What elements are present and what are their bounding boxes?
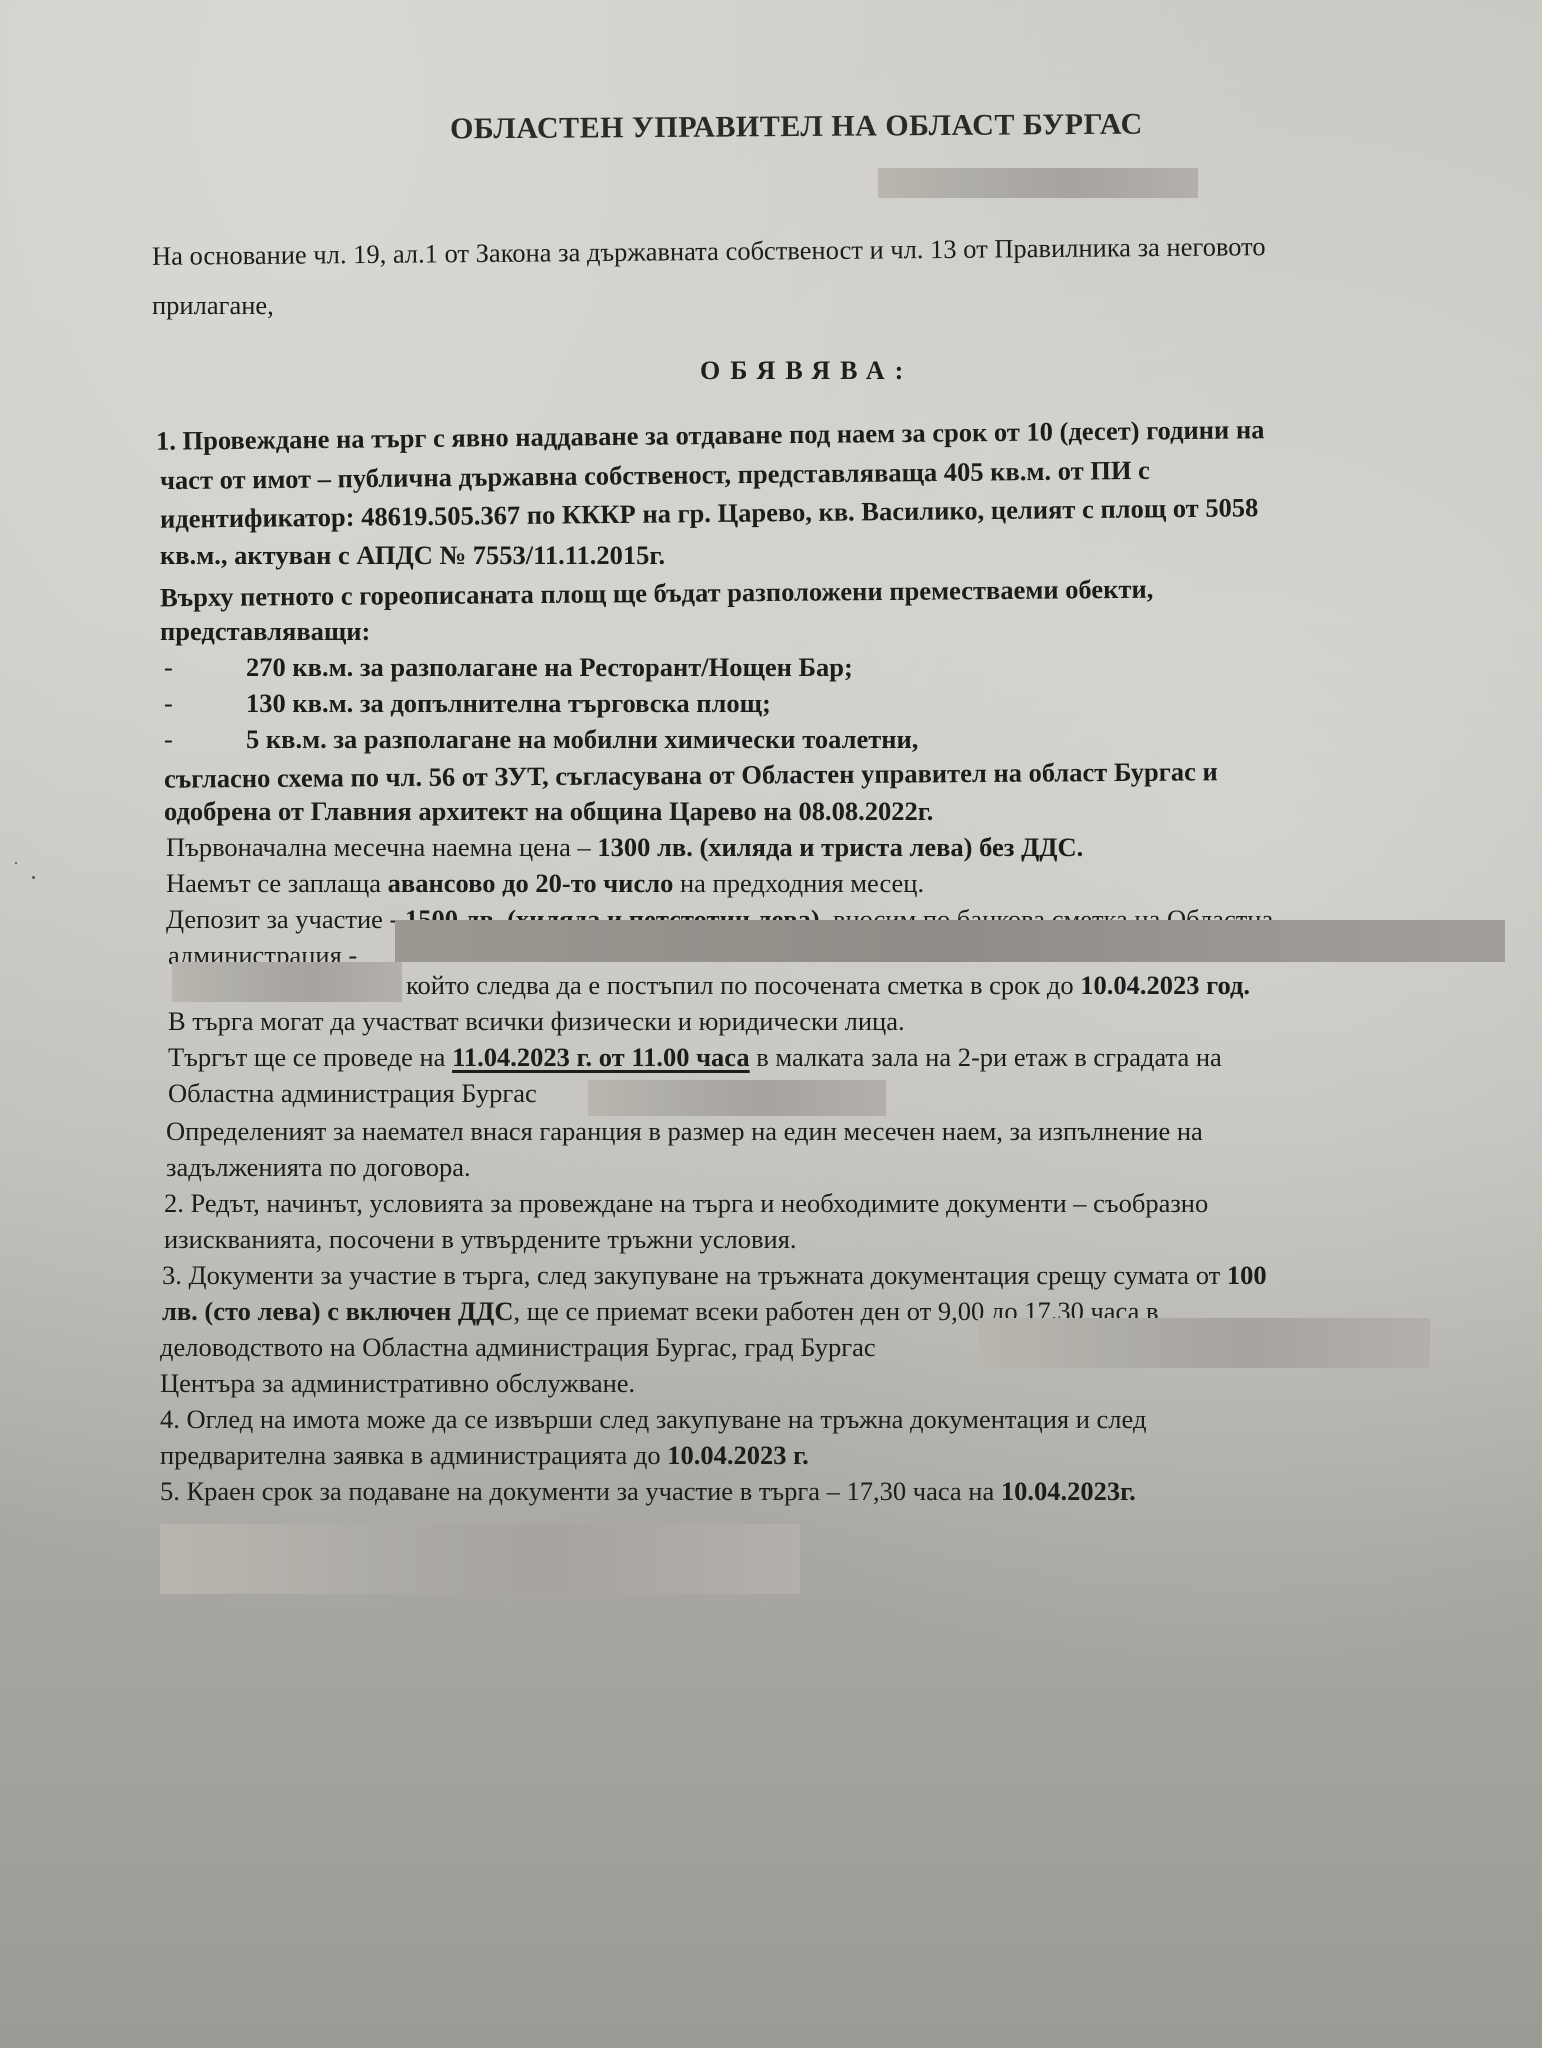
guarantee-line-2: задълженията по договора. bbox=[166, 1152, 471, 1183]
auction-label: Търгът ще се проведе на bbox=[168, 1042, 452, 1072]
auction-datetime: 11.04.2023 г. от 11.00 часа bbox=[452, 1042, 750, 1072]
guarantee-line-1: Определеният за наемател внася гаранция … bbox=[166, 1116, 1203, 1147]
item4-line-2: предварителна заявка в администрацията д… bbox=[160, 1440, 809, 1471]
item4-text: предварителна заявка в администрацията д… bbox=[160, 1440, 667, 1470]
scanned-document-page: ОБЛАСТЕН УПРАВИТЕЛ НА ОБЛАСТ БУРГАС На о… bbox=[0, 0, 1542, 2048]
announcement-heading: ОБЯВЯВА: bbox=[700, 356, 913, 386]
rent-label: Наемът се заплаща bbox=[166, 868, 388, 898]
item1-line-7: съгласно схема по чл. 56 от ЗУТ, съгласу… bbox=[164, 756, 1218, 794]
deposit-deadline-date: 10.04.2023 год. bbox=[1080, 970, 1250, 1000]
item3-fee-words: лв. (сто лева) с включен ДДС bbox=[162, 1296, 513, 1326]
item5-line-1: 5. Краен срок за подаване на документи з… bbox=[160, 1476, 1136, 1507]
price-value: 1300 лв. (хиляда и триста лева) без ДДС. bbox=[597, 832, 1083, 862]
item4-line-1: 4. Оглед на имота може да се извърши сле… bbox=[160, 1404, 1146, 1435]
item2-line-2: изискванията, посочени в утвърдените тръ… bbox=[164, 1224, 797, 1255]
redacted-bank-account bbox=[395, 920, 1505, 962]
bullet-text: 5 кв.м. за разполагане на мобилни химиче… bbox=[246, 724, 918, 755]
item3-line-1: 3. Документи за участие в търга, след за… bbox=[162, 1260, 1267, 1291]
initial-price-line: Първоначална месечна наемна цена – 1300 … bbox=[166, 832, 1083, 863]
item5-text: 5. Краен срок за подаване на документи з… bbox=[160, 1476, 1001, 1506]
item1-line-6: представляващи: bbox=[160, 616, 370, 647]
redacted-bank-details bbox=[172, 962, 402, 1002]
bullet-text: 270 кв.м. за разполагане на Ресторант/Но… bbox=[246, 652, 853, 683]
redacted-date-number bbox=[878, 168, 1198, 198]
bullet-dash: - bbox=[164, 652, 173, 683]
redacted-address bbox=[588, 1080, 886, 1116]
item1-line-2: част от имот – публична държавна собстве… bbox=[160, 455, 1150, 496]
auction-location: в малката зала на 2-ри етаж в сградата н… bbox=[750, 1042, 1222, 1072]
item1-line-4: кв.м., актуван с АПДС № 7553/11.11.2015г… bbox=[160, 540, 665, 571]
price-label: Първоначална месечна наемна цена – bbox=[166, 832, 597, 862]
item3-fee: 100 bbox=[1227, 1260, 1267, 1290]
item3-text: 3. Документи за участие в търга, след за… bbox=[162, 1260, 1227, 1290]
rent-payment-line: Наемът се заплаща авансово до 20-то числ… bbox=[166, 868, 924, 899]
redacted-signature bbox=[160, 1524, 800, 1594]
bullet-dash: - bbox=[164, 688, 173, 719]
bullet-dash: - bbox=[164, 724, 173, 755]
rent-suffix: на предходния месец. bbox=[673, 868, 924, 898]
document-title: ОБЛАСТЕН УПРАВИТЕЛ НА ОБЛАСТ БУРГАС bbox=[450, 108, 1143, 147]
deposit-line-3: който следва да е постъпил по посочената… bbox=[406, 970, 1250, 1001]
item2-line-1: 2. Редът, начинът, условията за провежда… bbox=[164, 1188, 1208, 1219]
deposit-deadline-text: който следва да е постъпил по посочената… bbox=[406, 970, 1080, 1000]
paper-speck bbox=[15, 862, 17, 864]
item1-line-1: 1. Провеждане на търг с явно наддаване з… bbox=[156, 414, 1265, 457]
item1-line-5: Върху петното с гореописаната площ ще бъ… bbox=[160, 574, 1154, 614]
auction-line-2: Областна администрация Бургас bbox=[168, 1078, 537, 1109]
item5-date: 10.04.2023г. bbox=[1001, 1476, 1136, 1506]
preamble-line-1: На основание чл. 19, ал.1 от Закона за д… bbox=[152, 231, 1266, 272]
bullet-text: 130 кв.м. за допълнителна търговска площ… bbox=[246, 688, 771, 719]
item4-date: 10.04.2023 г. bbox=[667, 1440, 809, 1470]
item1-line-8: одобрена от Главния архитект на община Ц… bbox=[164, 796, 933, 827]
participants-line: В търга могат да участват всички физичес… bbox=[168, 1006, 905, 1037]
paper-speck bbox=[32, 876, 35, 879]
preamble-line-2: прилагане, bbox=[152, 290, 274, 321]
deposit-label: Депозит за участие - bbox=[166, 904, 405, 934]
rent-due: авансово до 20-то число bbox=[388, 868, 674, 898]
item1-line-3: идентификатор: 48619.505.367 по КККР на … bbox=[160, 492, 1259, 534]
redacted-street-address bbox=[978, 1318, 1430, 1368]
auction-date-line: Търгът ще се проведе на 11.04.2023 г. от… bbox=[168, 1042, 1222, 1073]
item3-line-4: Центъра за административно обслужване. bbox=[160, 1368, 635, 1399]
item3-line-3: деловодството на Областна администрация … bbox=[160, 1332, 876, 1363]
